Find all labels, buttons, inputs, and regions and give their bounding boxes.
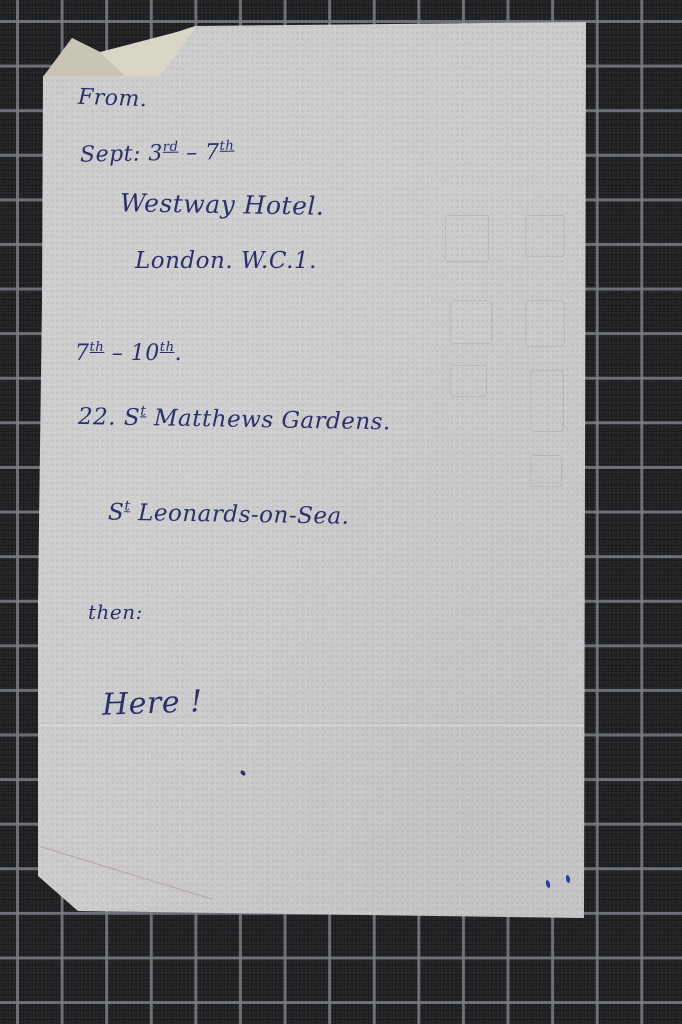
- show-through-mark: [530, 455, 562, 487]
- date-text: – 10: [104, 341, 159, 366]
- stay3-place: Here !: [101, 684, 203, 722]
- show-through-mark: [445, 215, 489, 262]
- stay1-dates: Sept: 3rd – 7th: [80, 139, 235, 168]
- show-through-mark: [525, 215, 565, 257]
- stay2-town: St Leonards-on-Sea.: [108, 498, 350, 530]
- city-text: London. W.C.1.: [135, 248, 317, 274]
- date-text: 7: [75, 341, 90, 366]
- show-through-mark: [450, 300, 492, 344]
- note-heading: From.: [78, 85, 148, 112]
- town-text: Leonards-on-Sea.: [130, 500, 350, 530]
- ordinal-suffix: th: [160, 340, 175, 355]
- stay3-label: then:: [88, 600, 143, 624]
- place-text: Westway Hotel.: [120, 188, 325, 221]
- here-text: Here !: [101, 684, 203, 722]
- date-text: .: [175, 341, 183, 366]
- ordinal-suffix: th: [90, 340, 105, 355]
- heading-text: From.: [78, 85, 148, 112]
- address-text: 22. S: [78, 404, 141, 431]
- show-through-mark: [530, 370, 564, 432]
- paper-crease: [40, 725, 584, 726]
- date-text: Sept: 3: [80, 141, 163, 167]
- address-text: Matthews Gardens.: [146, 405, 391, 435]
- stay1-place: Westway Hotel.: [120, 188, 325, 221]
- stay1-city: London. W.C.1.: [135, 248, 317, 274]
- paper-crease: [440, 188, 584, 189]
- ordinal-suffix: rd: [163, 140, 179, 155]
- ordinal-suffix: th: [219, 139, 234, 154]
- town-text: S: [108, 500, 125, 526]
- then-text: then:: [88, 600, 143, 624]
- stay2-dates: 7th – 10th.: [75, 340, 182, 366]
- show-through-mark: [450, 365, 487, 397]
- show-through-mark: [525, 300, 565, 347]
- date-text: – 7: [178, 140, 219, 166]
- stay2-address: 22. St Matthews Gardens.: [78, 402, 391, 435]
